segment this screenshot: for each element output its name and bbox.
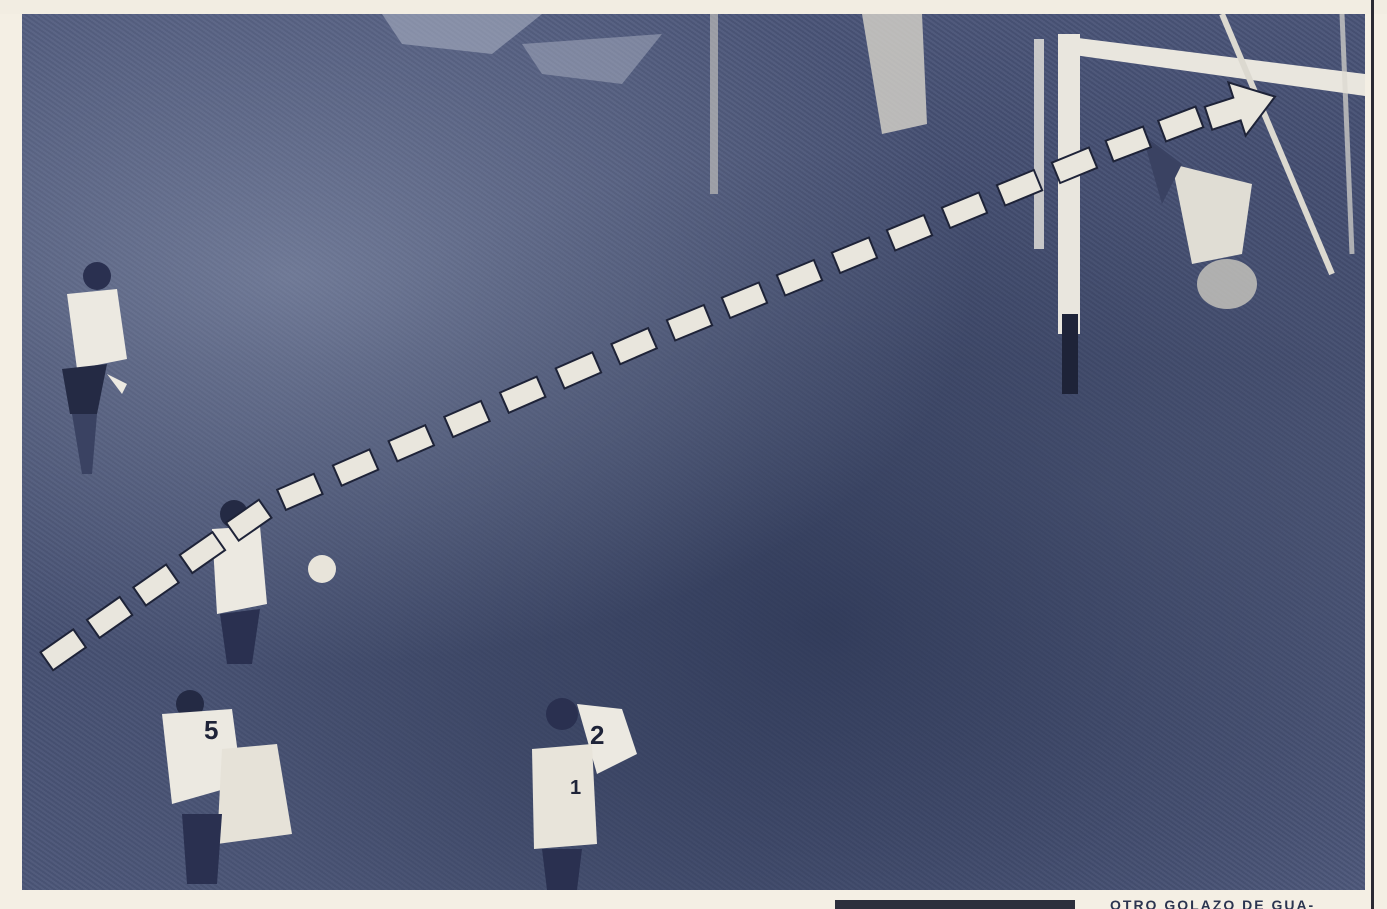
match-photo: 5 2 1 <box>22 14 1365 890</box>
photo-scene: 5 2 1 <box>22 14 1365 890</box>
ball <box>308 555 336 583</box>
svg-text:1: 1 <box>570 777 581 799</box>
player-number-5: 5 <box>162 690 292 884</box>
headline-strip <box>0 0 1387 14</box>
photo-caption: OTRO GOLAZO DE GUA- <box>1110 897 1315 909</box>
svg-text:2: 2 <box>590 720 604 750</box>
background-pole <box>710 14 718 194</box>
caption-rule <box>835 900 1075 909</box>
svg-text:5: 5 <box>204 715 218 745</box>
column-rule <box>1371 0 1374 909</box>
player-number-2: 2 1 <box>532 698 637 890</box>
goalkeeper <box>1142 134 1257 309</box>
background-figure <box>862 14 927 134</box>
player-left-running <box>62 262 127 474</box>
